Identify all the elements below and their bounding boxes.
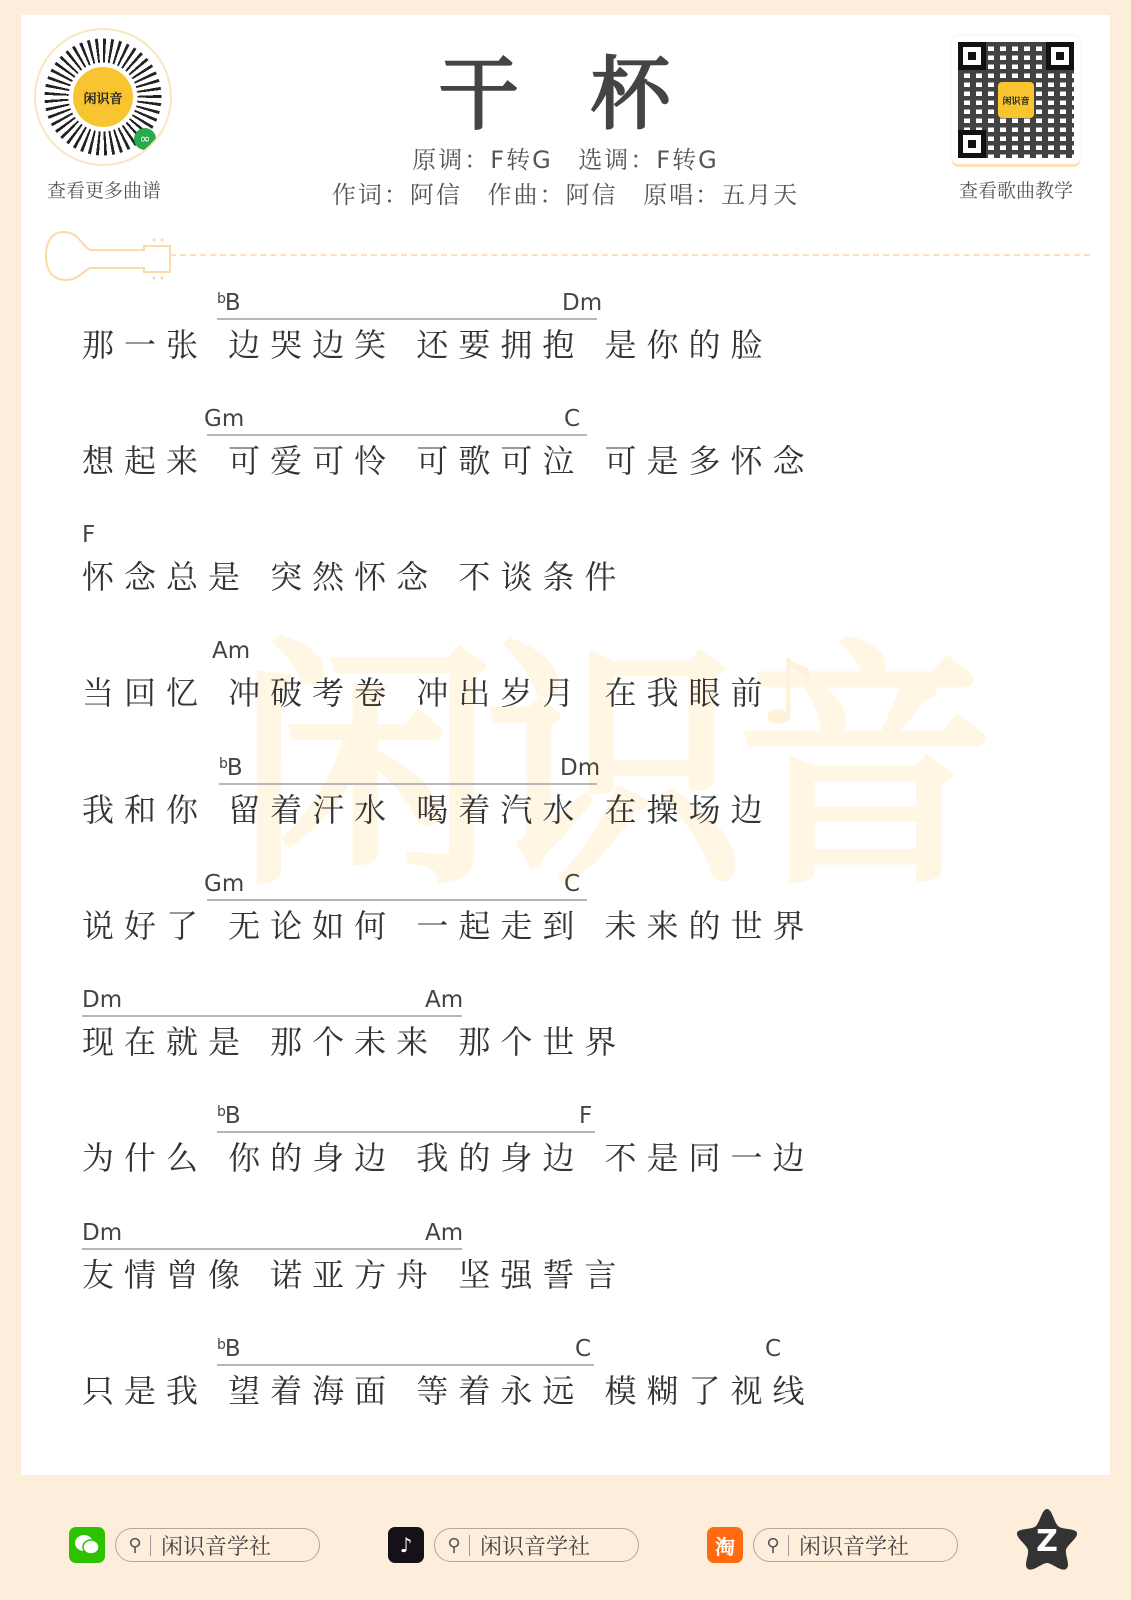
taobao-icon: 淘 <box>707 1527 743 1563</box>
search-icon: ⚲ <box>439 1535 470 1556</box>
chord-label: Am <box>425 1220 463 1246</box>
search-box[interactable]: ⚲ 闲识音学社 <box>434 1528 639 1562</box>
chord-label: bB <box>219 755 243 781</box>
douyin-search[interactable]: ♪ ⚲ 闲识音学社 <box>388 1525 639 1565</box>
chord-label: C <box>564 406 580 432</box>
chord-label: Am <box>425 987 463 1013</box>
wechat-icon <box>69 1527 105 1563</box>
original-singer: 原唱：五月天 <box>643 181 799 209</box>
chord-label: F <box>82 522 95 548</box>
lyric-text: 说好了 无论如何 一起走到 未来的世界 <box>82 901 815 947</box>
composer: 作曲：阿信 <box>488 181 618 209</box>
chord-label: Gm <box>204 406 244 432</box>
chord-label: bB <box>217 1336 241 1362</box>
lyric-text: 那一张 边哭边笑 还要拥抱 是你的脸 <box>82 320 773 366</box>
chord-label: Dm <box>562 290 602 316</box>
svg-text:Z: Z <box>1036 1524 1058 1559</box>
search-text: 闲识音学社 <box>161 1530 271 1561</box>
song-title: 干 杯 <box>0 30 1131 145</box>
chord-label: Dm <box>82 1220 122 1246</box>
lyric-text: 为什么 你的身边 我的身边 不是同一边 <box>82 1133 815 1179</box>
chord-label: Am <box>212 638 250 664</box>
chord-label: C <box>564 871 580 897</box>
lyric-text: 我和你 留着汗水 喝着汽水 在操场边 <box>82 785 773 831</box>
credits: 作词：阿信 作曲：阿信 原唱：五月天 <box>0 175 1131 210</box>
search-icon: ⚲ <box>120 1535 151 1556</box>
lyric-text: 想起来 可爱可怜 可歌可泣 可是多怀念 <box>82 436 815 482</box>
key-info: 原调：F转G 选调：F转G <box>0 140 1131 175</box>
search-box[interactable]: ⚲ 闲识音学社 <box>115 1528 320 1562</box>
selected-key: 选调：F转G <box>578 146 718 174</box>
lyric-text: 只是我 望着海面 等着永远 模糊了视线 <box>82 1366 815 1412</box>
chord-label: Gm <box>204 871 244 897</box>
lyric-text: 现在就是 那个未来 那个世界 <box>82 1017 626 1063</box>
chord-label: C <box>765 1336 781 1362</box>
header-divider <box>170 254 1090 256</box>
lyric-text: 友情曾像 诺亚方舟 坚强誓言 <box>82 1250 626 1296</box>
lyric-text: 怀念总是 突然怀念 不谈条件 <box>82 552 626 598</box>
search-text: 闲识音学社 <box>480 1530 590 1561</box>
chord-label: bB <box>217 290 241 316</box>
taobao-search[interactable]: 淘 ⚲ 闲识音学社 <box>707 1525 958 1565</box>
douyin-icon: ♪ <box>388 1527 424 1563</box>
wechat-search[interactable]: ⚲ 闲识音学社 <box>69 1525 320 1565</box>
lyricist: 作词：阿信 <box>332 181 462 209</box>
chord-label: F <box>579 1103 592 1129</box>
lyric-text: 当回忆 冲破考卷 冲出岁月 在我眼前 <box>82 668 773 714</box>
search-text: 闲识音学社 <box>799 1530 909 1561</box>
chord-label: C <box>575 1336 591 1362</box>
brand-star-icon: Z <box>1014 1506 1080 1572</box>
chord-label: Dm <box>82 987 122 1013</box>
original-key: 原调：F转G <box>412 146 552 174</box>
search-icon: ⚲ <box>758 1535 789 1556</box>
search-box[interactable]: ⚲ 闲识音学社 <box>753 1528 958 1562</box>
chord-label: bB <box>217 1103 241 1129</box>
guitar-icon <box>44 228 174 284</box>
chord-label: Dm <box>560 755 600 781</box>
